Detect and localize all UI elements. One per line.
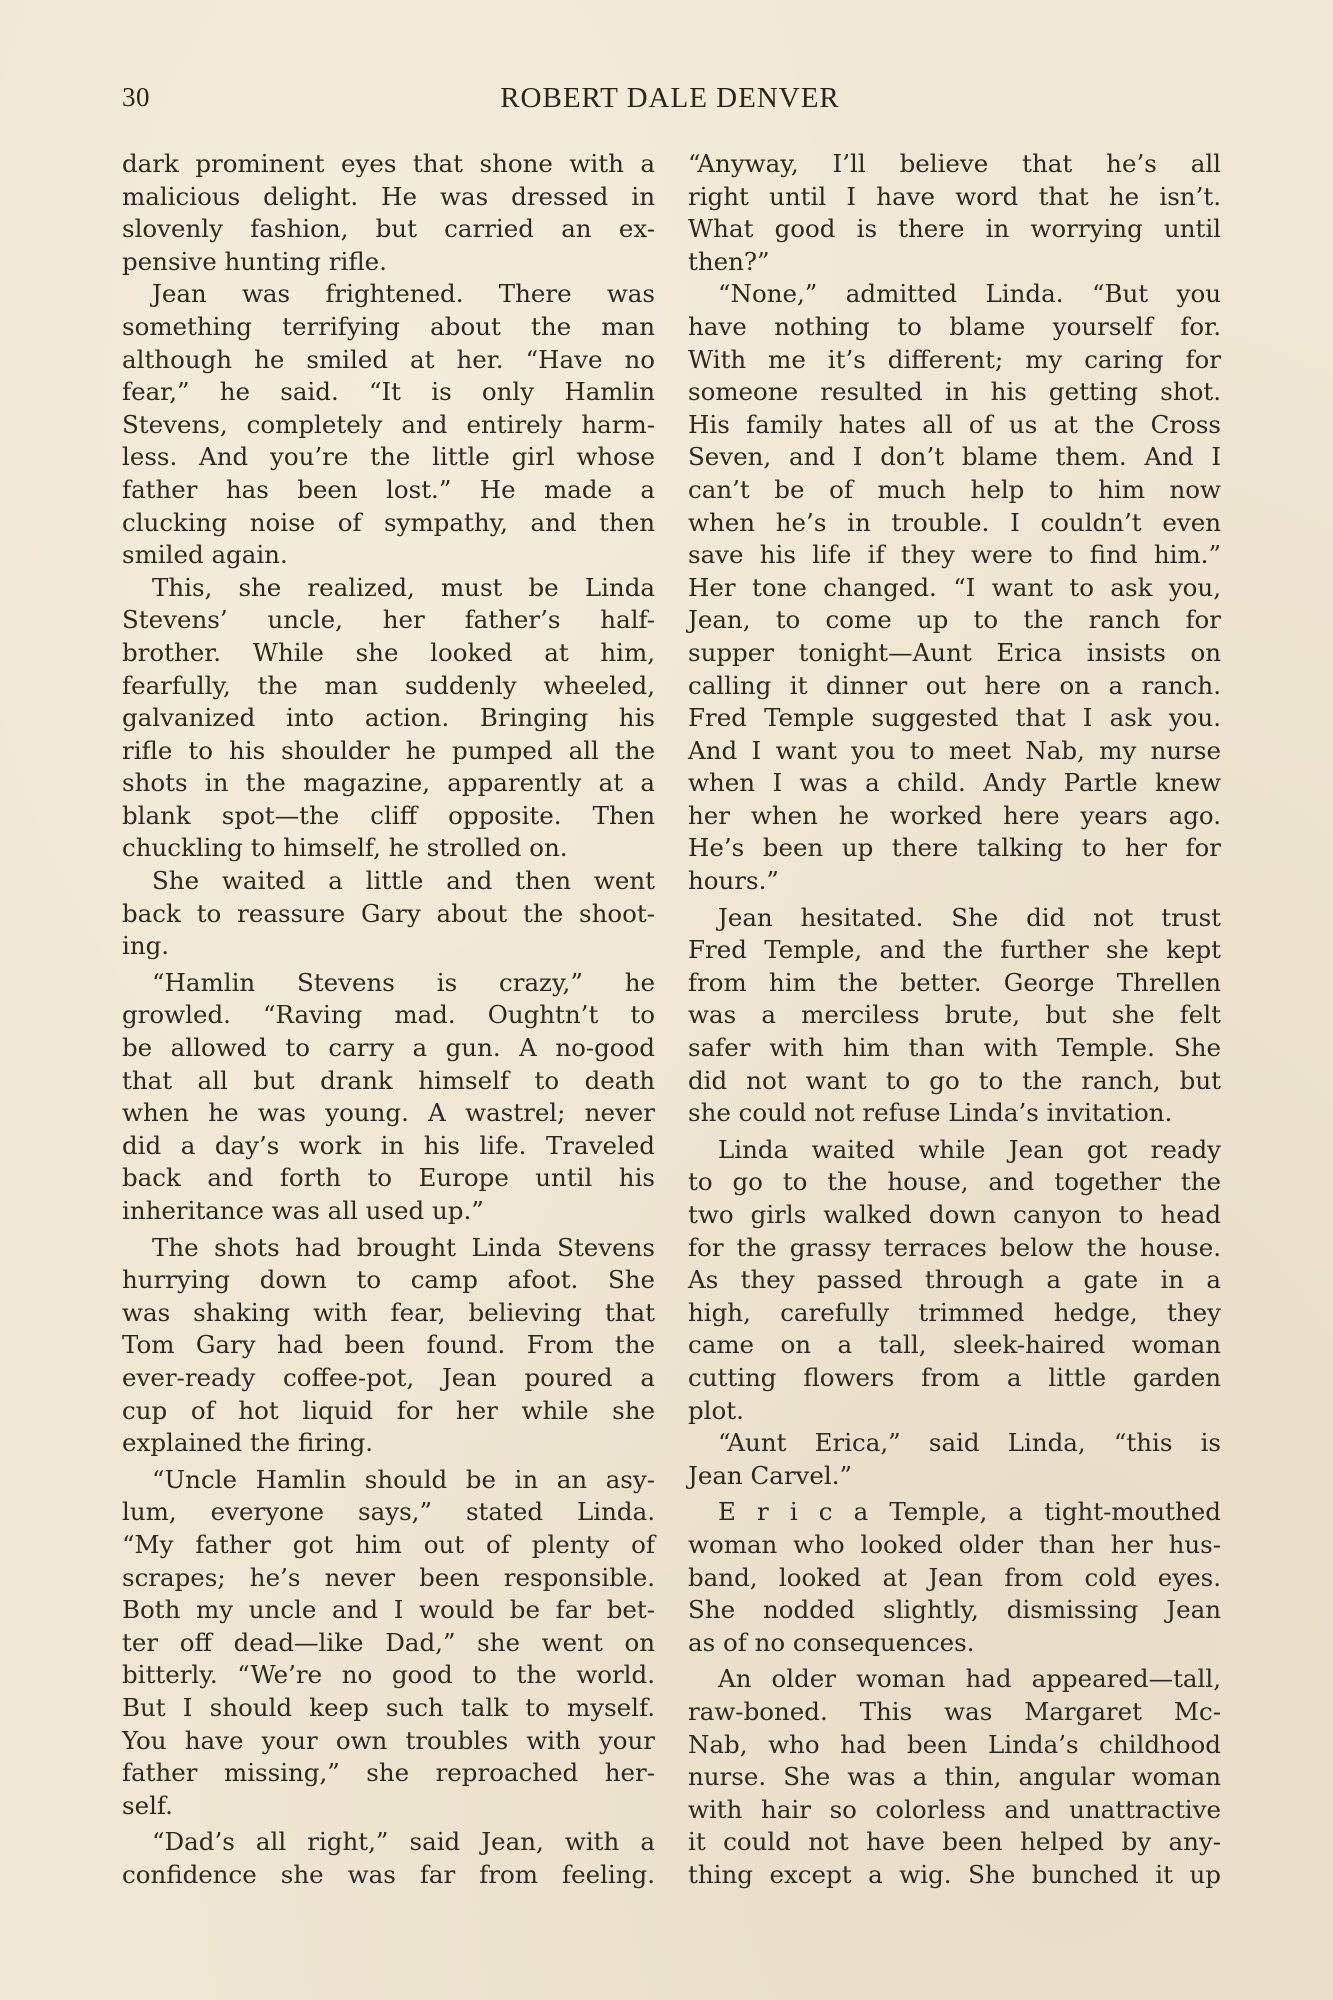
text-line: can’t be of much help to him now <box>688 474 1221 507</box>
text-line: Jean was frightened. There was <box>122 278 655 311</box>
text-line: less. And you’re the little girl whose <box>122 441 655 474</box>
text-line: Linda waited while Jean got ready <box>688 1134 1221 1167</box>
text-line: “My father got him out of plenty of <box>122 1529 655 1562</box>
text-line: back and forth to Europe until his <box>122 1162 655 1195</box>
text-line: to go to the house, and together the <box>688 1166 1221 1199</box>
text-line: ter off dead—like Dad,” she went on <box>122 1627 655 1660</box>
text-line: was a merciless brute, but she felt <box>688 999 1221 1032</box>
text-line: Stevens’ uncle, her father’s half- <box>122 604 655 637</box>
text-line: You have your own troubles with your <box>122 1725 655 1758</box>
text-line: clucking noise of sympathy, and then <box>122 507 655 540</box>
text-line: bitterly. “We’re no good to the world. <box>122 1659 655 1692</box>
text-line: With me it’s different; my caring for <box>688 344 1221 377</box>
text-line: Both my uncle and I would be far bet- <box>122 1594 655 1627</box>
text-line: raw-boned. This was Margaret Mc- <box>688 1696 1221 1729</box>
text-line: thing except a wig. She bunched it up <box>688 1859 1221 1892</box>
text-line: Jean hesitated. She did not trust <box>688 902 1221 935</box>
text-line: Nab, who had been Linda’s childhood <box>688 1729 1221 1762</box>
text-line: with hair so colorless and unattractive <box>688 1794 1221 1827</box>
text-line: Stevens, completely and entirely harm- <box>122 409 655 442</box>
text-line: cutting flowers from a little garden <box>688 1362 1221 1395</box>
text-line: ing. <box>122 930 655 963</box>
text-line: back to reassure Gary about the shoot- <box>122 898 655 931</box>
text-line: from him the better. George Threllen <box>688 967 1221 1000</box>
text-line: two girls walked down canyon to head <box>688 1199 1221 1232</box>
text-line: did not want to go to the ranch, but <box>688 1065 1221 1098</box>
text-line: when I was a child. Andy Partle knew <box>688 767 1221 800</box>
text-line: blank spot—the cliff opposite. Then <box>122 800 655 833</box>
text-line: for the grassy terraces below the house. <box>688 1232 1221 1265</box>
text-line: The shots had brought Linda Stevens <box>122 1232 655 1265</box>
text-line: right until I have word that he isn’t. <box>688 181 1221 214</box>
text-line: Jean, to come up to the ranch for <box>688 604 1221 637</box>
text-line: She waited a little and then went <box>122 865 655 898</box>
text-line: E r i c a Temple, a tight-mouthed <box>688 1496 1221 1529</box>
text-line: although he smiled at her. “Have no <box>122 344 655 377</box>
text-line: save his life if they were to find him.” <box>688 539 1221 572</box>
text-line: growled. “Raving mad. Oughtn’t to <box>122 999 655 1032</box>
text-line: woman who looked older than her hus- <box>688 1529 1221 1562</box>
text-line: be allowed to carry a gun. A no-good <box>122 1032 655 1065</box>
text-line: she could not refuse Linda’s invitation. <box>688 1097 1221 1130</box>
text-line: confidence she was far from feeling. <box>122 1859 655 1892</box>
text-line: high, carefully trimmed hedge, they <box>688 1297 1221 1330</box>
text-line: her when he worked here years ago. <box>688 800 1221 833</box>
text-line: it could not have been helped by any- <box>688 1826 1221 1859</box>
text-line: brother. While she looked at him, <box>122 637 655 670</box>
text-line: Seven, and I don’t blame them. And I <box>688 441 1221 474</box>
text-line: cup of hot liquid for her while she <box>122 1395 655 1428</box>
text-line: He’s been up there talking to her for <box>688 832 1221 865</box>
text-line: inheritance was all used up.” <box>122 1195 655 1228</box>
text-line: father missing,” she reproached her- <box>122 1757 655 1790</box>
text-line: when he was young. A wastrel; never <box>122 1097 655 1130</box>
text-line: fear,” he said. “It is only Hamlin <box>122 376 655 409</box>
text-line: dark prominent eyes that shone with a <box>122 148 655 181</box>
text-line: slovenly fashion, but carried an ex- <box>122 213 655 246</box>
text-line: lum, everyone says,” stated Linda. <box>122 1496 655 1529</box>
text-line: As they passed through a gate in a <box>688 1264 1221 1297</box>
text-line: was shaking with fear, believing that <box>122 1297 655 1330</box>
text-line: Her tone changed. “I want to ask you, <box>688 572 1221 605</box>
text-line: something terrifying about the man <box>122 311 655 344</box>
text-line: did a day’s work in his life. Traveled <box>122 1130 655 1163</box>
text-line: “Aunt Erica,” said Linda, “this is <box>688 1427 1221 1460</box>
text-line: fearfully, the man suddenly wheeled, <box>122 670 655 703</box>
text-line: hours.” <box>688 865 1221 898</box>
text-line: nurse. She was a thin, angular woman <box>688 1761 1221 1794</box>
page-header: 30 ROBERT DALE DENVER <box>122 82 1218 122</box>
text-line: pensive hunting rifle. <box>122 246 655 279</box>
text-line: then?” <box>688 246 1221 279</box>
text-line: She nodded slightly, dismissing Jean <box>688 1594 1221 1627</box>
text-line: self. <box>122 1790 655 1823</box>
text-line: An older woman had appeared—tall, <box>688 1663 1221 1696</box>
text-line: calling it dinner out here on a ranch. <box>688 670 1221 703</box>
text-line: “Dad’s all right,” said Jean, with a <box>122 1826 655 1859</box>
text-line: came on a tall, sleek-haired woman <box>688 1329 1221 1362</box>
text-line: chuckling to himself, he strolled on. <box>122 832 655 865</box>
text-line: scrapes; he’s never been responsible. <box>122 1562 655 1595</box>
text-line: malicious delight. He was dressed in <box>122 181 655 214</box>
text-line: have nothing to blame yourself for. <box>688 311 1221 344</box>
text-line: But I should keep such talk to myself. <box>122 1692 655 1725</box>
left-column: dark prominent eyes that shone with amal… <box>122 148 655 1891</box>
text-line: shots in the magazine, apparently at a <box>122 767 655 800</box>
text-line: “Anyway, I’ll believe that he’s all <box>688 148 1221 181</box>
text-line: smiled again. <box>122 539 655 572</box>
text-line: father has been lost.” He made a <box>122 474 655 507</box>
text-line: Jean Carvel.” <box>688 1460 1221 1493</box>
text-line: supper tonight—Aunt Erica insists on <box>688 637 1221 670</box>
text-line: rifle to his shoulder he pumped all the <box>122 735 655 768</box>
text-line: What good is there in worrying until <box>688 213 1221 246</box>
text-line: band, looked at Jean from cold eyes. <box>688 1562 1221 1595</box>
text-line: This, she realized, must be Linda <box>122 572 655 605</box>
text-line: when he’s in trouble. I couldn’t even <box>688 507 1221 540</box>
text-line: “Uncle Hamlin should be in an asy- <box>122 1464 655 1497</box>
text-line: And I want you to meet Nab, my nurse <box>688 735 1221 768</box>
text-line: someone resulted in his getting shot. <box>688 376 1221 409</box>
text-line: Fred Temple suggested that I ask you. <box>688 702 1221 735</box>
right-column: “Anyway, I’ll believe that he’s allright… <box>688 148 1221 1891</box>
text-line: safer with him than with Temple. She <box>688 1032 1221 1065</box>
text-line: “None,” admitted Linda. “But you <box>688 278 1221 311</box>
running-head: ROBERT DALE DENVER <box>122 82 1218 115</box>
text-line: as of no consequences. <box>688 1627 1221 1660</box>
text-line: hurrying down to camp afoot. She <box>122 1264 655 1297</box>
text-line: that all but drank himself to death <box>122 1065 655 1098</box>
text-line: His family hates all of us at the Cross <box>688 409 1221 442</box>
text-line: ever-ready coffee-pot, Jean poured a <box>122 1362 655 1395</box>
text-line: galvanized into action. Bringing his <box>122 702 655 735</box>
text-line: plot. <box>688 1395 1221 1428</box>
text-line: explained the firing. <box>122 1427 655 1460</box>
text-line: Fred Temple, and the further she kept <box>688 934 1221 967</box>
text-line: Tom Gary had been found. From the <box>122 1329 655 1362</box>
text-line: “Hamlin Stevens is crazy,” he <box>122 967 655 1000</box>
